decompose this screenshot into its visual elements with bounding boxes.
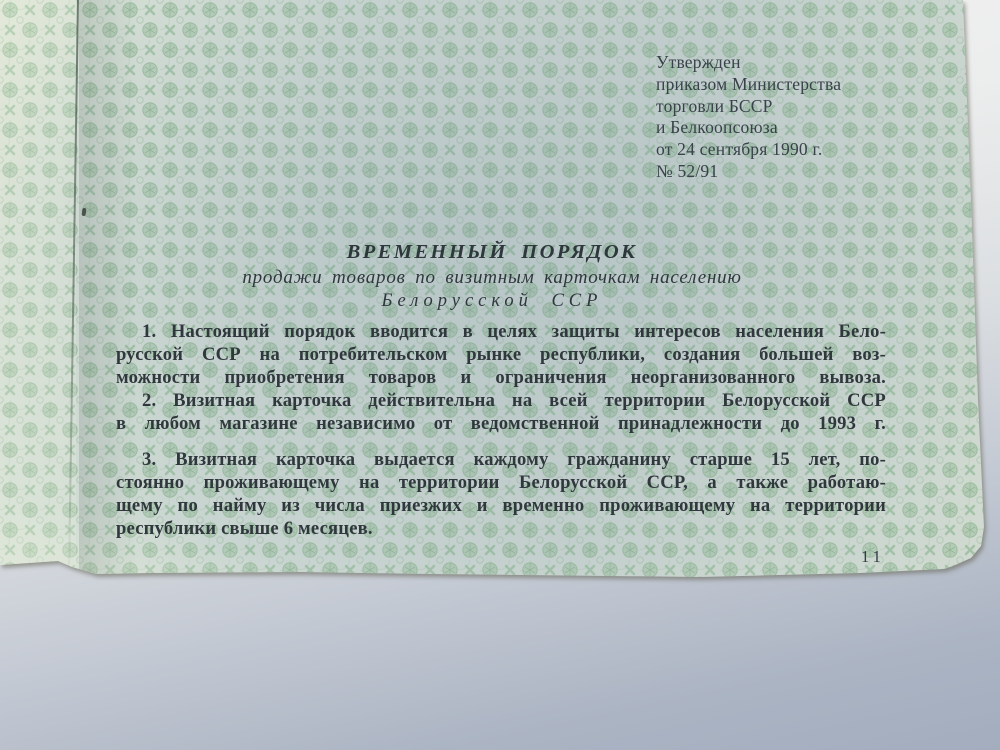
text-line: 2. Визитная карточка действительна на вс… [116, 389, 886, 412]
text-line: и Белкоопсоюза [656, 117, 841, 139]
text-line: русской ССР на потребительском рынке рес… [116, 343, 886, 366]
booklet-page: Утвержденприказом Министерстваторговли Б… [0, 0, 1000, 750]
text-line: щему по найму из числа приезжих и времен… [116, 494, 886, 517]
document-subtitle-region: Белорусской ССР [112, 291, 872, 312]
paragraph-2: 2. Визитная карточка действительна на вс… [116, 389, 886, 435]
text-line: приказом Министерства [656, 74, 841, 96]
text-line: от 24 сентября 1990 г. [656, 139, 841, 161]
text-line: можности приобретения товаров и ограниче… [116, 366, 886, 389]
page-number: 11 [861, 547, 885, 567]
approval-block: Утвержденприказом Министерстваторговли Б… [656, 52, 841, 183]
text-line: 3. Визитная карточка выдается каждому гр… [116, 448, 886, 471]
photo-scene: Утвержденприказом Министерстваторговли Б… [0, 0, 1000, 750]
paragraph-3: 3. Визитная карточка выдается каждому гр… [116, 448, 886, 540]
text-line: № 52/91 [656, 161, 841, 183]
booklet-page-wrap: Утвержденприказом Министерстваторговли Б… [0, 0, 1000, 750]
text-line: Утвержден [656, 52, 841, 74]
text-line: торговли БССР [656, 96, 841, 118]
paragraph-1: 1. Настоящий порядок вводится в целях за… [116, 320, 886, 389]
text-line: республики свыше 6 месяцев. [116, 517, 886, 540]
text-line: 1. Настоящий порядок вводится в целях за… [116, 320, 886, 343]
document-subtitle: продажи товаров по визитным карточкам на… [112, 267, 872, 289]
document-title: ВРЕМЕННЫЙ ПОРЯДОК [112, 241, 872, 264]
facing-page-strip [0, 0, 76, 575]
text-line: в любом магазине независимо от ведомстве… [116, 412, 886, 435]
text-line: стоянно проживающему на территории Белор… [116, 471, 886, 494]
